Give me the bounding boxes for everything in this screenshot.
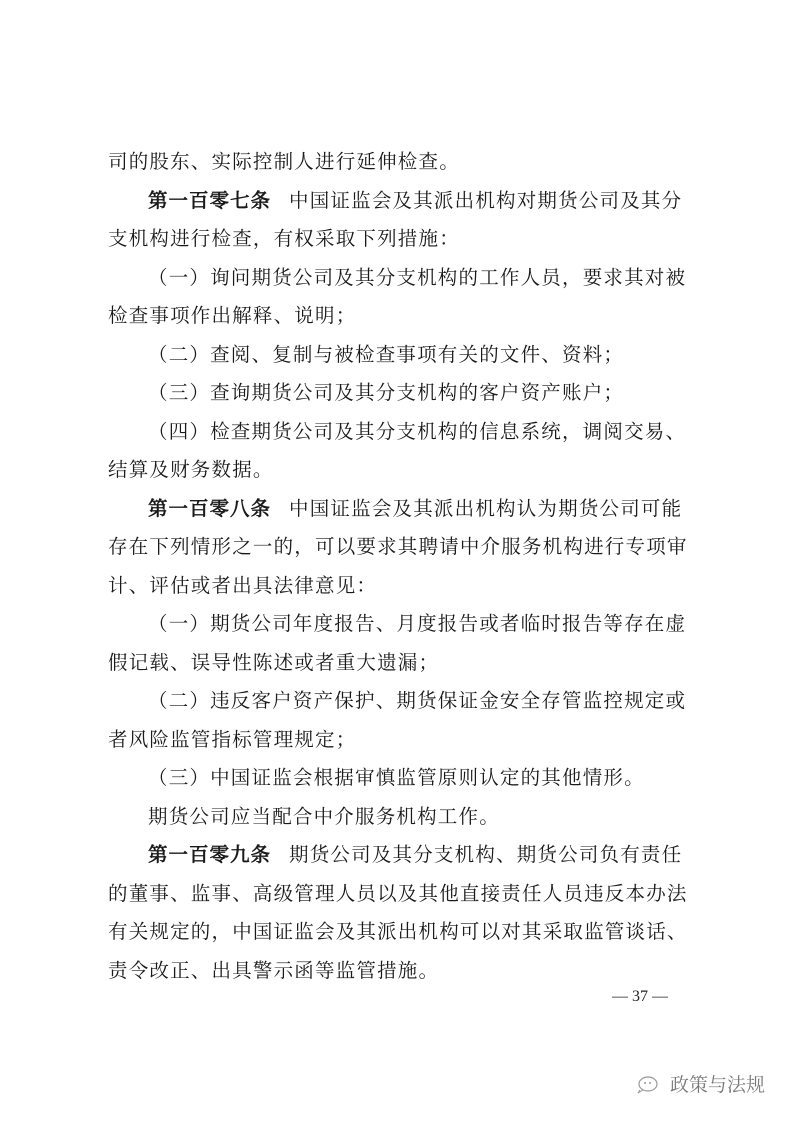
text-line: 司的股东、实际控制人进行延伸检查。 [108,143,692,182]
article-107: 第一百零七条中国证监会及其派出机构对期货公司及其分 [108,182,692,221]
text-line: 存在下列情形之一的，可以要求其聘请中介服务机构进行专项审 [108,528,692,567]
watermark: 政策与法规 [636,1070,765,1097]
article-text: 中国证监会及其派出机构对期货公司及其分 [289,189,682,212]
text-line: 有关规定的，中国证监会及其派出机构可以对其采取监管谈话、 [108,913,692,952]
list-item: （四）检查期货公司及其分支机构的信息系统，调阅交易、 [108,413,692,452]
wechat-icon [636,1074,664,1094]
article-text: 期货公司及其分支机构、期货公司负有责任 [289,843,682,866]
list-item: （二）查阅、复制与被检查事项有关的文件、资料； [108,336,692,375]
text-line: 计、评估或者出具法律意见： [108,567,692,606]
text-line: 支机构进行检查，有权采取下列措施： [108,220,692,259]
article-109: 第一百零九条期货公司及其分支机构、期货公司负有责任 [108,836,692,875]
text-line: 假记载、误导性陈述或者重大遗漏； [108,644,692,683]
watermark-text: 政策与法规 [670,1070,765,1097]
list-item: （二）违反客户资产保护、期货保证金安全存管监控规定或 [108,682,692,721]
article-heading: 第一百零八条 [148,497,271,520]
text-line: 者风险监管指标管理规定； [108,721,692,760]
article-text: 中国证监会及其派出机构认为期货公司可能 [289,497,682,520]
article-108: 第一百零八条中国证监会及其派出机构认为期货公司可能 [108,490,692,529]
paragraph: 期货公司应当配合中介服务机构工作。 [108,798,692,837]
document-body: 司的股东、实际控制人进行延伸检查。 第一百零七条中国证监会及其派出机构对期货公司… [108,143,692,990]
article-heading: 第一百零九条 [148,843,271,866]
list-item: （一）期货公司年度报告、月度报告或者临时报告等存在虚 [108,605,692,644]
article-heading: 第一百零七条 [148,189,271,212]
text-line: 结算及财务数据。 [108,451,692,490]
list-item: （三）查询期货公司及其分支机构的客户资产账户； [108,374,692,413]
text-line: 责令改正、出具警示函等监管措施。 [108,952,692,991]
page-number: — 37 — [612,988,668,1006]
text-line: 的董事、监事、高级管理人员以及其他直接责任人员违反本办法 [108,875,692,914]
text-line: 检查事项作出解释、说明； [108,297,692,336]
list-item: （三）中国证监会根据审慎监管原则认定的其他情形。 [108,759,692,798]
list-item: （一）询问期货公司及其分支机构的工作人员，要求其对被 [108,259,692,298]
